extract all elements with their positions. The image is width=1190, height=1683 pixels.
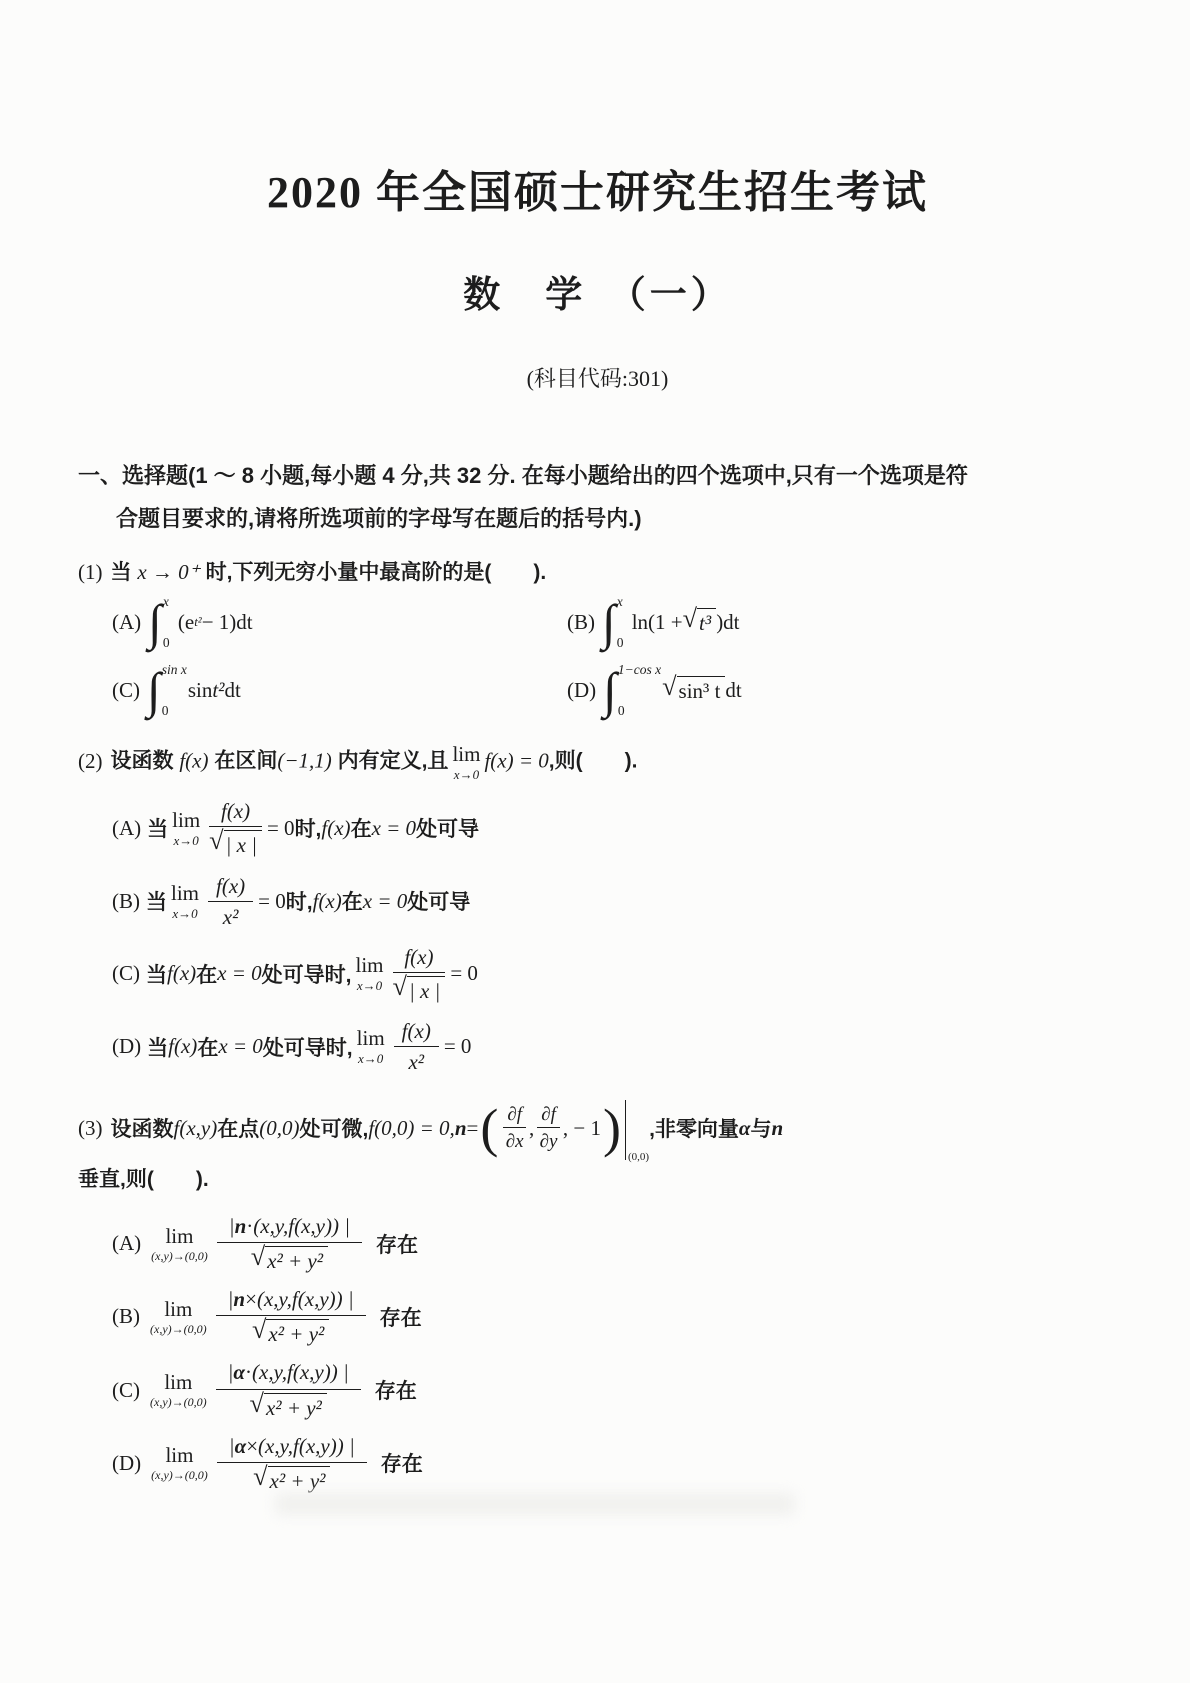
lower-bound: 0 bbox=[162, 704, 187, 718]
radicand: x² + y² bbox=[266, 1319, 329, 1346]
exists-text: 存在 bbox=[380, 1302, 422, 1332]
math-text: = 0 bbox=[444, 1034, 472, 1059]
numerator: ∂f bbox=[537, 1104, 560, 1129]
stem-text: 当 bbox=[146, 886, 167, 916]
lower-bound: 0 bbox=[618, 704, 661, 718]
stem-text: 在 bbox=[351, 813, 372, 843]
section-heading-line1: 一、选择题(1 ～ 8 小题,每小题 4 分,共 32 分. 在每小题给出的四个… bbox=[60, 455, 1135, 498]
left-paren: ( bbox=[480, 1101, 498, 1155]
integral-icon: ∫ bbox=[602, 595, 616, 649]
denominator: √x² + y² bbox=[216, 1390, 361, 1420]
numerator: ∂f bbox=[503, 1104, 526, 1129]
math-text: x = 0 bbox=[217, 961, 262, 986]
partial-fraction: ∂f∂x bbox=[503, 1104, 526, 1154]
stem-text: 与 bbox=[751, 1113, 772, 1143]
exam-subtitle: 数 学 （一） bbox=[60, 264, 1135, 318]
denominator: x² bbox=[394, 1047, 439, 1074]
option-label: (A) bbox=[112, 610, 141, 635]
stem-text: 处可导时, bbox=[263, 1032, 353, 1062]
integral-icon: ∫ bbox=[148, 595, 162, 649]
math-text: x = 0 bbox=[363, 889, 408, 914]
option-label: (A) bbox=[112, 1231, 141, 1256]
math-text: (x,y,f(x,y)) | bbox=[252, 1360, 349, 1384]
fraction: f(x) x² bbox=[394, 1019, 439, 1074]
radicand: t³ bbox=[697, 608, 716, 636]
q3-option-c: (C) lim(x,y)→(0,0) | α · (x,y,f(x,y)) | … bbox=[60, 1360, 1135, 1419]
fraction: f(x) x² bbox=[208, 874, 253, 929]
limit-subscript: x→0 bbox=[174, 834, 199, 847]
radical-icon: √ bbox=[662, 674, 676, 700]
q3-option-a: (A) lim(x,y)→(0,0) | n · (x,y,f(x,y)) | … bbox=[60, 1214, 1135, 1273]
stem-text: 当 bbox=[111, 561, 138, 584]
stem-text: 时, bbox=[295, 813, 322, 843]
exists-text: 存在 bbox=[375, 1375, 417, 1405]
limit: limx→0 bbox=[452, 744, 480, 781]
scan-artifact bbox=[275, 1493, 795, 1515]
limit-subscript: (x,y)→(0,0) bbox=[150, 1396, 207, 1408]
q1-option-a: (A) ∫ x 0 (et² − 1)dt bbox=[112, 588, 567, 656]
limit: lim(x,y)→(0,0) bbox=[151, 1445, 208, 1481]
stem-text: 处可导 bbox=[407, 886, 470, 916]
stem-text: 在 bbox=[196, 959, 217, 989]
math-text: (0,0) bbox=[259, 1116, 299, 1141]
limit-subscript: (x,y)→(0,0) bbox=[150, 1323, 207, 1335]
fraction: f(x) √| x | bbox=[393, 945, 446, 1003]
q1-option-c: (C) ∫ sin x 0 sin t² dt bbox=[112, 656, 567, 724]
exam-title: 2020 年全国硕士研究生招生考试 bbox=[60, 156, 1135, 220]
question-3-stem-line2: 垂直,则( ). bbox=[60, 1164, 1135, 1196]
math-text: f(0,0) = 0, bbox=[368, 1116, 455, 1141]
radicand: | x | bbox=[407, 976, 445, 1003]
operator: × bbox=[245, 1287, 257, 1311]
math-text: f(x) bbox=[167, 961, 196, 986]
limit: limx→0 bbox=[172, 810, 200, 847]
math-text: t² bbox=[212, 678, 224, 703]
stem-text: 处可导时, bbox=[262, 959, 352, 989]
math-text: − 1)dt bbox=[202, 610, 253, 635]
question-2-number: (2) bbox=[78, 749, 103, 773]
math-text: = 0 bbox=[267, 816, 295, 841]
stem-text: ,非零向量 bbox=[649, 1113, 739, 1143]
denominator: √| x | bbox=[209, 827, 262, 857]
stem-text: 时,下列无穷小量中最高阶的是( ). bbox=[200, 561, 547, 584]
numerator: f(x) bbox=[394, 1019, 439, 1047]
operator: × bbox=[246, 1434, 258, 1458]
q3-option-b: (B) lim(x,y)→(0,0) | n × (x,y,f(x,y)) | … bbox=[60, 1287, 1135, 1346]
radical-icon: √ bbox=[251, 1244, 265, 1270]
fraction: | α · (x,y,f(x,y)) | √x² + y² bbox=[216, 1360, 361, 1419]
q3-option-d: (D) lim(x,y)→(0,0) | α × (x,y,f(x,y)) | … bbox=[60, 1434, 1135, 1493]
math-text: x = 0 bbox=[372, 816, 417, 841]
q1-options-row-cd: (C) ∫ sin x 0 sin t² dt (D) ∫ 1−cos x 0 … bbox=[60, 656, 1135, 724]
radicand: x² + y² bbox=[268, 1466, 331, 1493]
exam-page: 2020 年全国硕士研究生招生考试 数 学 （一） (科目代码:301) 一、选… bbox=[0, 0, 1190, 1683]
option-label: (A) bbox=[112, 816, 141, 841]
limit-word: lim bbox=[165, 1445, 193, 1466]
stem-text: 在 bbox=[197, 1032, 218, 1062]
numerator: | α × (x,y,f(x,y)) | bbox=[217, 1434, 367, 1463]
integral-icon: ∫ bbox=[603, 663, 617, 717]
option-label: (C) bbox=[112, 1378, 140, 1403]
radicand: x² + y² bbox=[264, 1393, 327, 1420]
stem-text: 垂直,则( ). bbox=[78, 1168, 209, 1191]
lower-bound: 0 bbox=[617, 636, 631, 650]
stem-text: 处可导 bbox=[416, 813, 479, 843]
math-text: f(x) = 0 bbox=[484, 749, 548, 773]
math-text: dt bbox=[224, 678, 240, 703]
stem-text: 在区间 bbox=[209, 750, 278, 773]
radicand: sin³ t bbox=[677, 676, 726, 704]
upper-bound: x bbox=[163, 595, 177, 609]
question-2-stem: (2)设函数 f(x) 在区间(−1,1) 内有定义,且limx→0f(x) =… bbox=[60, 744, 1135, 781]
denominator: √x² + y² bbox=[217, 1463, 367, 1493]
denominator: √x² + y² bbox=[216, 1316, 366, 1346]
q2-option-a: (A) 当 limx→0 f(x) √| x | = 0 时, f(x) 在 x… bbox=[60, 799, 1135, 857]
math-text: (x,y,f(x,y)) | bbox=[258, 1434, 355, 1458]
fraction: | α × (x,y,f(x,y)) | √x² + y² bbox=[217, 1434, 367, 1493]
q1-options-row-ab: (A) ∫ x 0 (et² − 1)dt (B) ∫ x 0 ln(1 + bbox=[60, 588, 1135, 656]
stem-text: 时, bbox=[286, 886, 313, 916]
denominator: ∂y bbox=[537, 1128, 560, 1153]
partial-fraction: ∂f∂y bbox=[537, 1104, 560, 1154]
stem-text: 当 bbox=[147, 1032, 168, 1062]
stem-text: 设函数 bbox=[111, 1113, 174, 1143]
q2-option-b: (B) 当 limx→0 f(x) x² = 0 时, f(x) 在 x = 0… bbox=[60, 874, 1135, 929]
q1-option-b: (B) ∫ x 0 ln(1 + √ t³ )dt bbox=[567, 588, 1135, 656]
q2-option-d: (D) 当 f(x) 在 x = 0 处可导时, limx→0 f(x) x² … bbox=[60, 1019, 1135, 1074]
option-label: (D) bbox=[112, 1034, 141, 1059]
option-label: (D) bbox=[567, 678, 596, 703]
limit: limx→0 bbox=[356, 955, 384, 992]
section-heading: 一、选择题(1 ～ 8 小题,每小题 4 分,共 32 分. 在每小题给出的四个… bbox=[60, 455, 1135, 541]
limit-subscript: (x,y)→(0,0) bbox=[151, 1250, 208, 1262]
option-label: (B) bbox=[567, 610, 595, 635]
integral-bounds: x 0 bbox=[617, 593, 631, 651]
radical-icon: √ bbox=[209, 828, 223, 854]
page-content: 2020 年全国硕士研究生招生考试 数 学 （一） (科目代码:301) 一、选… bbox=[60, 0, 1135, 1493]
limit: lim(x,y)→(0,0) bbox=[150, 1299, 207, 1335]
limit-subscript: x→0 bbox=[357, 979, 382, 992]
numerator: | α · (x,y,f(x,y)) | bbox=[216, 1360, 361, 1389]
superscript: t² bbox=[194, 614, 202, 630]
limit: limx→0 bbox=[357, 1028, 385, 1065]
fraction: | n × (x,y,f(x,y)) | √x² + y² bbox=[216, 1287, 366, 1346]
q2-option-c: (C) 当 f(x) 在 x = 0 处可导时, limx→0 f(x) √| … bbox=[60, 945, 1135, 1003]
fraction: | n · (x,y,f(x,y)) | √x² + y² bbox=[217, 1214, 362, 1273]
radical-icon: √ bbox=[683, 606, 697, 632]
upper-bound: sin x bbox=[162, 663, 187, 677]
vector-symbol: α bbox=[233, 1360, 245, 1384]
numerator: f(x) bbox=[209, 799, 262, 827]
math-text: f(x) bbox=[168, 1034, 197, 1059]
square-root: √ t³ bbox=[683, 608, 717, 636]
stem-text: 内有定义,且 bbox=[332, 750, 449, 773]
question-1-number: (1) bbox=[78, 560, 103, 584]
limit-word: lim bbox=[164, 1299, 192, 1320]
lower-bound: 0 bbox=[163, 636, 177, 650]
math-text: (x,y,f(x,y)) | bbox=[253, 1214, 350, 1238]
limit-word: lim bbox=[164, 1372, 192, 1393]
stem-text: 在点 bbox=[217, 1113, 259, 1143]
integral-bounds: sin x 0 bbox=[162, 661, 187, 719]
math-text: f(x) bbox=[321, 816, 350, 841]
option-label: (B) bbox=[112, 889, 140, 914]
math-text: x → 0⁺ bbox=[137, 560, 199, 584]
limit-word: lim bbox=[356, 955, 384, 976]
math-text: f(x) bbox=[179, 749, 208, 773]
square-root: √ sin³ t bbox=[662, 676, 725, 704]
limit-word: lim bbox=[172, 810, 200, 831]
limit-subscript: x→0 bbox=[172, 907, 197, 920]
evaluation-bar bbox=[625, 1100, 626, 1160]
integral: ∫ x 0 bbox=[148, 593, 177, 651]
numerator: | n × (x,y,f(x,y)) | bbox=[216, 1287, 366, 1316]
stem-text: 在 bbox=[342, 886, 363, 916]
limit-subscript: x→0 bbox=[454, 768, 479, 781]
math-text: )dt bbox=[716, 610, 739, 635]
stem-text: ,则( ). bbox=[549, 750, 638, 773]
math-text: = 0 bbox=[450, 961, 478, 986]
radicand: | x | bbox=[224, 830, 262, 857]
evaluated-at: (0,0) bbox=[625, 1096, 649, 1160]
operator: · bbox=[245, 1360, 252, 1384]
q1-option-d: (D) ∫ 1−cos x 0 √ sin³ t dt bbox=[567, 656, 1135, 724]
exists-text: 存在 bbox=[381, 1448, 423, 1478]
vector-alpha: α bbox=[739, 1116, 751, 1141]
question-3-number: (3) bbox=[78, 1116, 103, 1141]
fraction: f(x) √| x | bbox=[209, 799, 262, 857]
limit: lim(x,y)→(0,0) bbox=[150, 1372, 207, 1408]
math-text: (e bbox=[178, 610, 194, 635]
limit-word: lim bbox=[452, 744, 480, 765]
vector-symbol: α bbox=[235, 1434, 247, 1458]
math-text: (x,y,f(x,y)) | bbox=[257, 1287, 354, 1311]
stem-text: 当 bbox=[147, 813, 168, 843]
integral-bounds: 1−cos x 0 bbox=[618, 661, 661, 719]
integral: ∫ sin x 0 bbox=[147, 661, 187, 719]
math-text: , − 1 bbox=[563, 1116, 601, 1141]
subject-code: (科目代码:301) bbox=[60, 362, 1135, 393]
radical-icon: √ bbox=[252, 1317, 266, 1343]
option-label: (D) bbox=[112, 1451, 141, 1476]
limit-word: lim bbox=[165, 1226, 193, 1247]
option-label: (C) bbox=[112, 961, 140, 986]
limit-word: lim bbox=[357, 1028, 385, 1049]
vector-n: n bbox=[772, 1116, 784, 1141]
exists-text: 存在 bbox=[376, 1229, 418, 1259]
math-text: dt bbox=[725, 678, 741, 703]
math-text: ln(1 + bbox=[632, 610, 683, 635]
integral-bounds: x 0 bbox=[163, 593, 177, 651]
stem-text: 处可微, bbox=[299, 1113, 368, 1143]
denominator: √| x | bbox=[393, 973, 446, 1003]
radicand: x² + y² bbox=[265, 1246, 328, 1273]
math-text: f(x,y) bbox=[174, 1116, 218, 1141]
question-1-stem: (1)当 x → 0⁺ 时,下列无穷小量中最高阶的是( ). bbox=[60, 557, 1135, 589]
denominator: x² bbox=[208, 902, 253, 929]
right-paren: ) bbox=[603, 1101, 621, 1155]
vector-n: n bbox=[455, 1116, 467, 1141]
option-label: (B) bbox=[112, 1304, 140, 1329]
radical-icon: √ bbox=[393, 974, 407, 1000]
math-text: , bbox=[529, 1116, 534, 1141]
integral: ∫ 1−cos x 0 bbox=[603, 661, 661, 719]
evaluation-point: (0,0) bbox=[628, 1151, 649, 1163]
limit-word: lim bbox=[171, 883, 199, 904]
math-text: sin bbox=[188, 678, 213, 703]
numerator: f(x) bbox=[393, 945, 446, 973]
integral: ∫ x 0 bbox=[602, 593, 631, 651]
denominator: ∂x bbox=[503, 1128, 526, 1153]
option-label: (C) bbox=[112, 678, 140, 703]
denominator: √x² + y² bbox=[217, 1243, 362, 1273]
radical-icon: √ bbox=[250, 1391, 264, 1417]
math-text: (−1,1) bbox=[277, 749, 331, 773]
stem-text: 设函数 bbox=[111, 750, 180, 773]
limit: limx→0 bbox=[171, 883, 199, 920]
math-text: = bbox=[467, 1116, 479, 1141]
question-3-stem-line1: (3)设函数 f(x,y) 在点(0,0) 处可微,f(0,0) = 0,n =… bbox=[60, 1096, 1135, 1160]
numerator: | n · (x,y,f(x,y)) | bbox=[217, 1214, 362, 1243]
math-text: = 0 bbox=[258, 889, 286, 914]
numerator: f(x) bbox=[208, 874, 253, 902]
integral-icon: ∫ bbox=[147, 663, 161, 717]
limit-subscript: (x,y)→(0,0) bbox=[151, 1469, 208, 1481]
vector-symbol: n bbox=[235, 1214, 247, 1238]
math-text: x = 0 bbox=[218, 1034, 263, 1059]
operator: · bbox=[246, 1214, 253, 1238]
stem-text: 当 bbox=[146, 959, 167, 989]
limit-subscript: x→0 bbox=[358, 1052, 383, 1065]
upper-bound: x bbox=[617, 595, 631, 609]
vector-symbol: n bbox=[233, 1287, 245, 1311]
section-heading-line2: 合题目要求的,请将所选项前的字母写在题后的括号内.) bbox=[60, 498, 1135, 541]
radical-icon: √ bbox=[253, 1464, 267, 1490]
upper-bound: 1−cos x bbox=[618, 663, 661, 677]
math-text: f(x) bbox=[313, 889, 342, 914]
limit: lim(x,y)→(0,0) bbox=[151, 1226, 208, 1262]
